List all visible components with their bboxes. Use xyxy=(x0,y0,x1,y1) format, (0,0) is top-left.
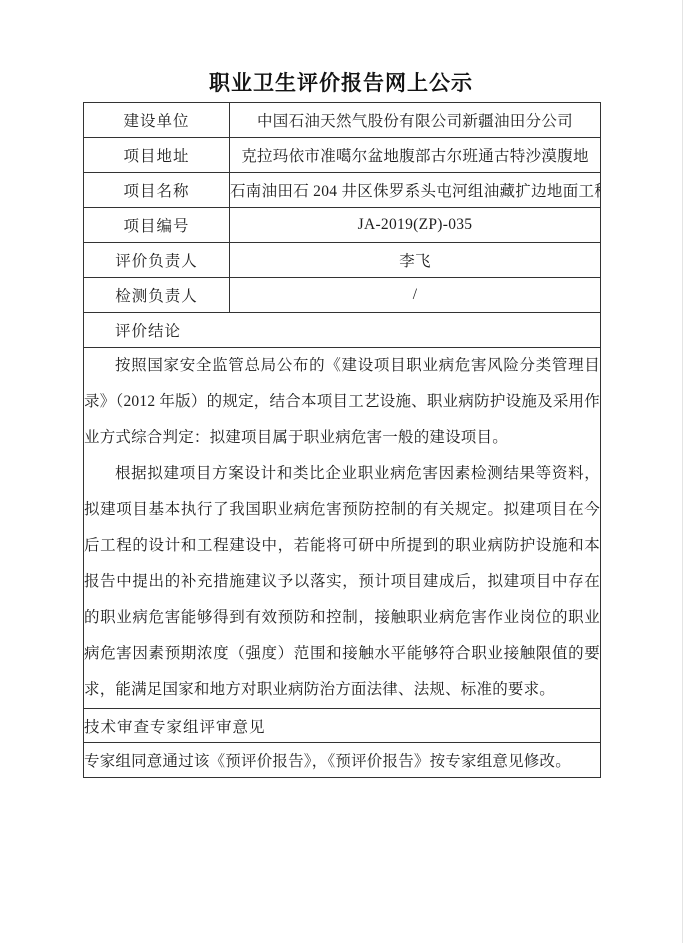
evaluation-lead-value: 李飞 xyxy=(230,243,601,278)
conclusion-header-row: 评价结论 xyxy=(84,313,601,348)
info-row-project-address: 项目地址 克拉玛依市准噶尔盆地腹部古尔班通古特沙漠腹地 xyxy=(84,138,601,173)
conclusion-body-row: 按照国家安全监管总局公布的《建设项目职业病危害风险分类管理目录》（2012 年版… xyxy=(84,348,601,709)
info-row-project-name: 项目名称 石南油田石 204 井区侏罗系头屯河组油藏扩边地面工程 xyxy=(84,173,601,208)
info-row-testing-lead: 检测负责人 / xyxy=(84,278,601,313)
page-title: 职业卫生评价报告网上公示 xyxy=(0,0,682,98)
construction-unit-value: 中国石油天然气股份有限公司新疆油田分公司 xyxy=(230,103,601,138)
conclusion-paragraph-1: 按照国家安全监管总局公布的《建设项目职业病危害风险分类管理目录》（2012 年版… xyxy=(84,348,600,456)
info-row-construction-unit: 建设单位 中国石油天然气股份有限公司新疆油田分公司 xyxy=(84,103,601,138)
document-page: 职业卫生评价报告网上公示 建设单位 中国石油天然气股份有限公司新疆油田分公司 项… xyxy=(0,0,683,943)
project-number-value: JA-2019(ZP)-035 xyxy=(230,208,601,243)
publicity-table: 建设单位 中国石油天然气股份有限公司新疆油田分公司 项目地址 克拉玛依市准噶尔盆… xyxy=(83,102,601,778)
review-header-row: 技术审查专家组评审意见 xyxy=(84,709,601,743)
project-number-label: 项目编号 xyxy=(84,208,230,243)
project-name-value: 石南油田石 204 井区侏罗系头屯河组油藏扩边地面工程 xyxy=(230,173,601,208)
project-name-label: 项目名称 xyxy=(84,173,230,208)
project-address-label: 项目地址 xyxy=(84,138,230,173)
project-address-value: 克拉玛依市准噶尔盆地腹部古尔班通古特沙漠腹地 xyxy=(230,138,601,173)
testing-lead-value: / xyxy=(230,278,601,313)
construction-unit-label: 建设单位 xyxy=(84,103,230,138)
info-row-evaluation-lead: 评价负责人 李飞 xyxy=(84,243,601,278)
evaluation-lead-label: 评价负责人 xyxy=(84,243,230,278)
conclusion-paragraph-2: 根据拟建项目方案设计和类比企业职业病危害因素检测结果等资料，拟建项目基本执行了我… xyxy=(84,456,600,708)
conclusion-body: 按照国家安全监管总局公布的《建设项目职业病危害风险分类管理目录》（2012 年版… xyxy=(84,348,601,709)
conclusion-header: 评价结论 xyxy=(84,313,601,348)
review-header: 技术审查专家组评审意见 xyxy=(84,709,601,743)
info-row-project-number: 项目编号 JA-2019(ZP)-035 xyxy=(84,208,601,243)
review-content-row: 专家组同意通过该《预评价报告》，《预评价报告》按专家组意见修改。 xyxy=(84,743,601,778)
testing-lead-label: 检测负责人 xyxy=(84,278,230,313)
review-opinion: 专家组同意通过该《预评价报告》，《预评价报告》按专家组意见修改。 xyxy=(84,743,601,778)
